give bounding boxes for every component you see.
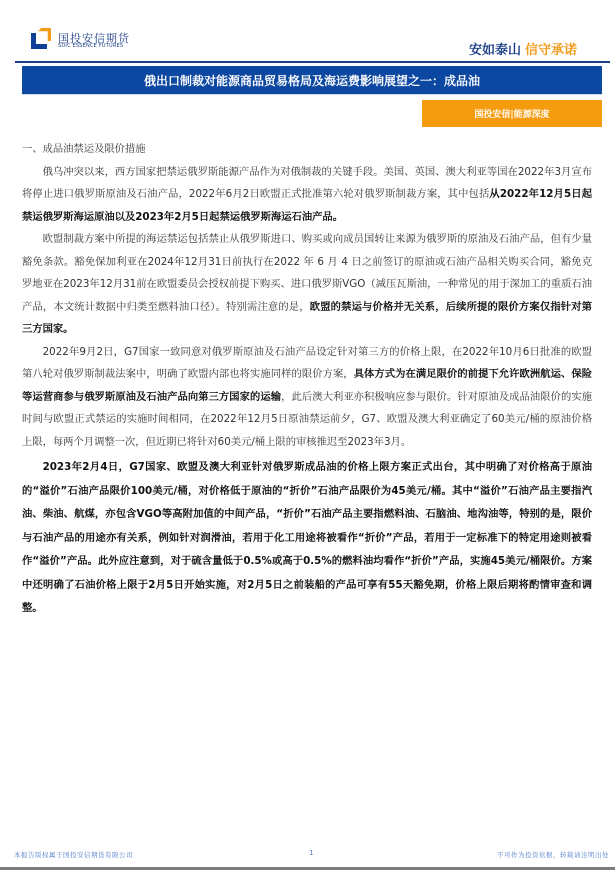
report-body: 一、成品油禁运及限价措施 俄乌冲突以来，西方国家把禁运俄罗斯能源产品作为对俄制裁… [22, 138, 592, 621]
slogan-part1: 安如泰山 [469, 43, 521, 58]
paragraph-3: 2022年9月2日，G7国家一致同意对俄罗斯原油及石油产品设定针对第三方的价格上… [22, 341, 592, 454]
logo-mark-icon [30, 28, 52, 50]
report-category-label: 国投安信|能源深度 [474, 107, 549, 120]
slogan-part2: 信守承诺 [525, 43, 577, 58]
slogan: 安如泰山信守承诺 [469, 39, 577, 58]
page-number: 1 [309, 849, 313, 857]
disclaimer-notice: 不可作为投资依据，转载请注明出处 [497, 850, 609, 859]
page-header: 国投安信期货 SDIC ESSENCE FUTURES 安如泰山信守承诺 [0, 0, 615, 68]
report-title: 俄出口制裁对能源商品贸易格局及海运费影响展望之一：成品油 [144, 72, 480, 89]
paragraph-2: 欧盟制裁方案中所提的海运禁运包括禁止从俄罗斯进口、购买或向成员国转让来源为俄罗斯… [22, 228, 592, 341]
section-title: 一、成品油禁运及限价措施 [22, 138, 592, 161]
header-divider [15, 61, 610, 63]
logo-english-name: SDIC ESSENCE FUTURES [58, 43, 123, 49]
paragraph-1: 俄乌冲突以来，西方国家把禁运俄罗斯能源产品作为对俄制裁的关键手段。美国、英国、澳… [22, 161, 592, 229]
copyright-notice: 本报告版权属于国投安信期货有限公司 [14, 850, 133, 859]
report-category-tag: 国投安信|能源深度 [422, 100, 602, 127]
company-logo: 国投安信期货 SDIC ESSENCE FUTURES [30, 28, 140, 52]
paragraph-4: 2023年2月4日，G7国家、欧盟及澳大利亚针对俄罗斯成品油的价格上限方案正式出… [22, 456, 592, 621]
report-title-bar: 俄出口制裁对能源商品贸易格局及海运费影响展望之一：成品油 [22, 66, 602, 95]
